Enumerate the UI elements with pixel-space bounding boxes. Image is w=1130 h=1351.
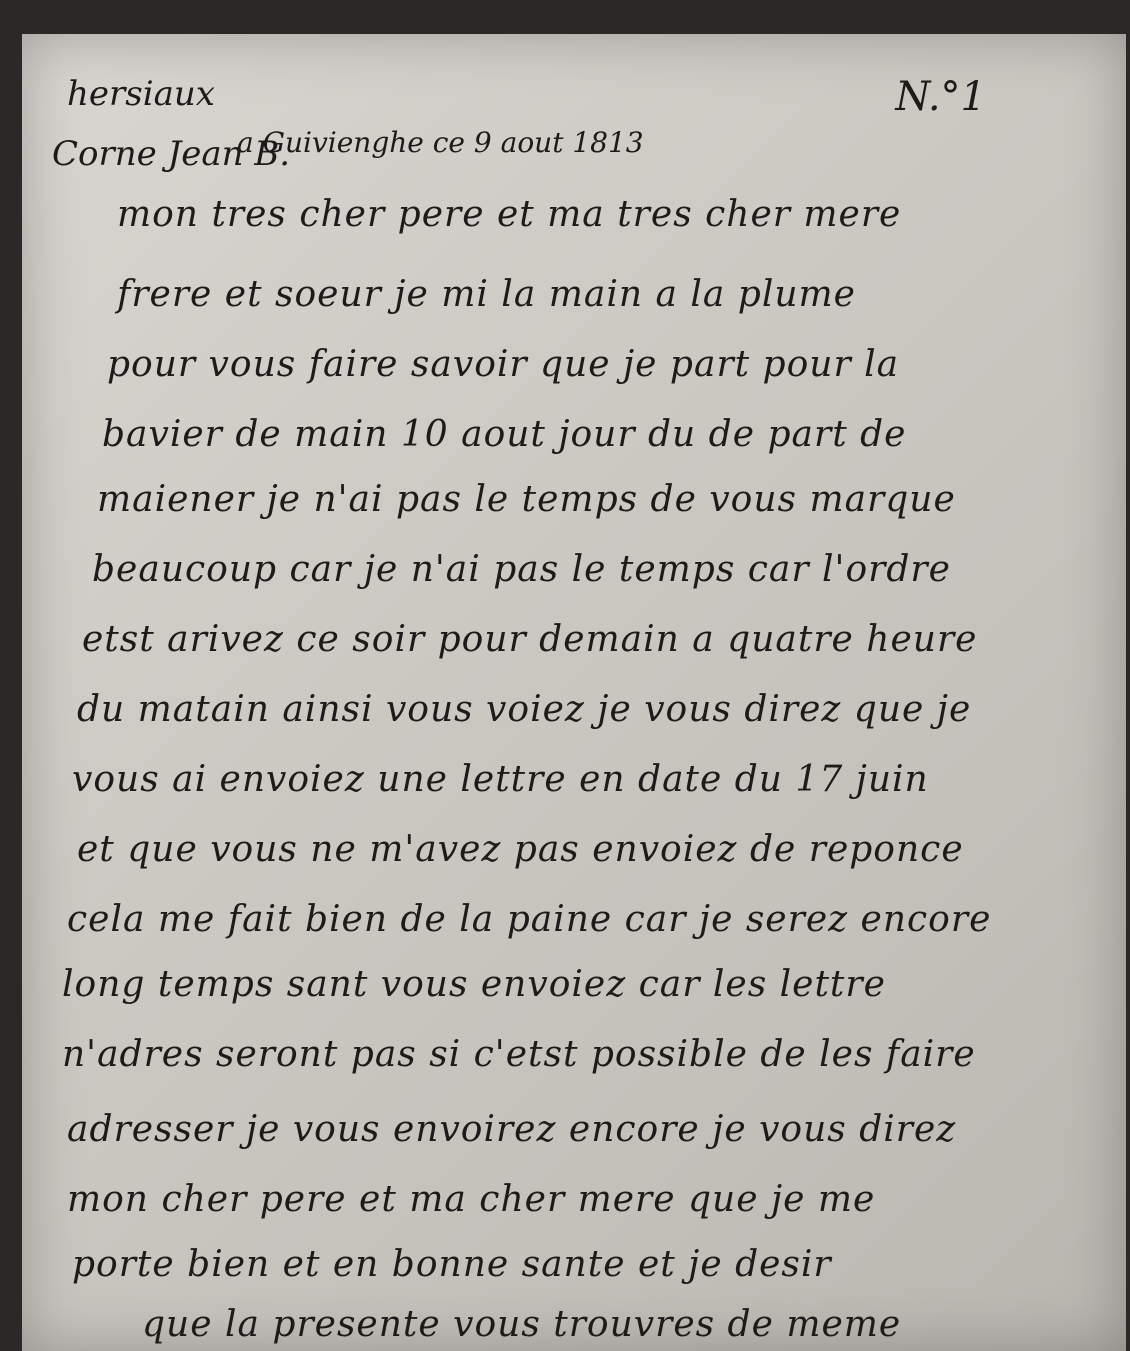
letter-header-date: a Guivienghe ce 9 aout 1813 <box>237 126 644 159</box>
letter-line: frere et soeur je mi la main a la plume <box>117 274 856 315</box>
letter-line: que la presente vous trouvres de meme <box>142 1304 901 1345</box>
letter-line: bavier de main 10 aout jour du de part d… <box>102 414 906 455</box>
letter-header-name: hersiaux <box>67 74 215 114</box>
letter-line: du matain ainsi vous voiez je vous direz… <box>77 689 971 730</box>
letter-page: N.°1 hersiaux Corne Jean B. a Guivienghe… <box>22 34 1126 1351</box>
letter-line: long temps sant vous envoiez car les let… <box>62 964 886 1005</box>
letter-line: mon cher pere et ma cher mere que je me <box>67 1179 875 1220</box>
letter-line: mon tres cher pere et ma tres cher mere <box>117 194 901 235</box>
letter-line: n'adres seront pas si c'etst possible de… <box>62 1034 976 1075</box>
letter-line: pour vous faire savoir que je part pour … <box>107 344 899 385</box>
letter-line: beaucoup car je n'ai pas le temps car l'… <box>92 549 951 590</box>
letter-line: et que vous ne m'avez pas envoiez de rep… <box>77 829 964 870</box>
letter-line: adresser je vous envoirez encore je vous… <box>67 1109 956 1150</box>
letter-number: N.°1 <box>895 74 986 120</box>
letter-line: porte bien et en bonne sante et je desir <box>72 1244 832 1285</box>
letter-line: maiener je n'ai pas le temps de vous mar… <box>97 479 956 520</box>
letter-line: etst arivez ce soir pour demain a quatre… <box>82 619 977 660</box>
letter-line: vous ai envoiez une lettre en date du 17… <box>72 759 929 800</box>
letter-line: cela me fait bien de la paine car je ser… <box>67 899 991 940</box>
